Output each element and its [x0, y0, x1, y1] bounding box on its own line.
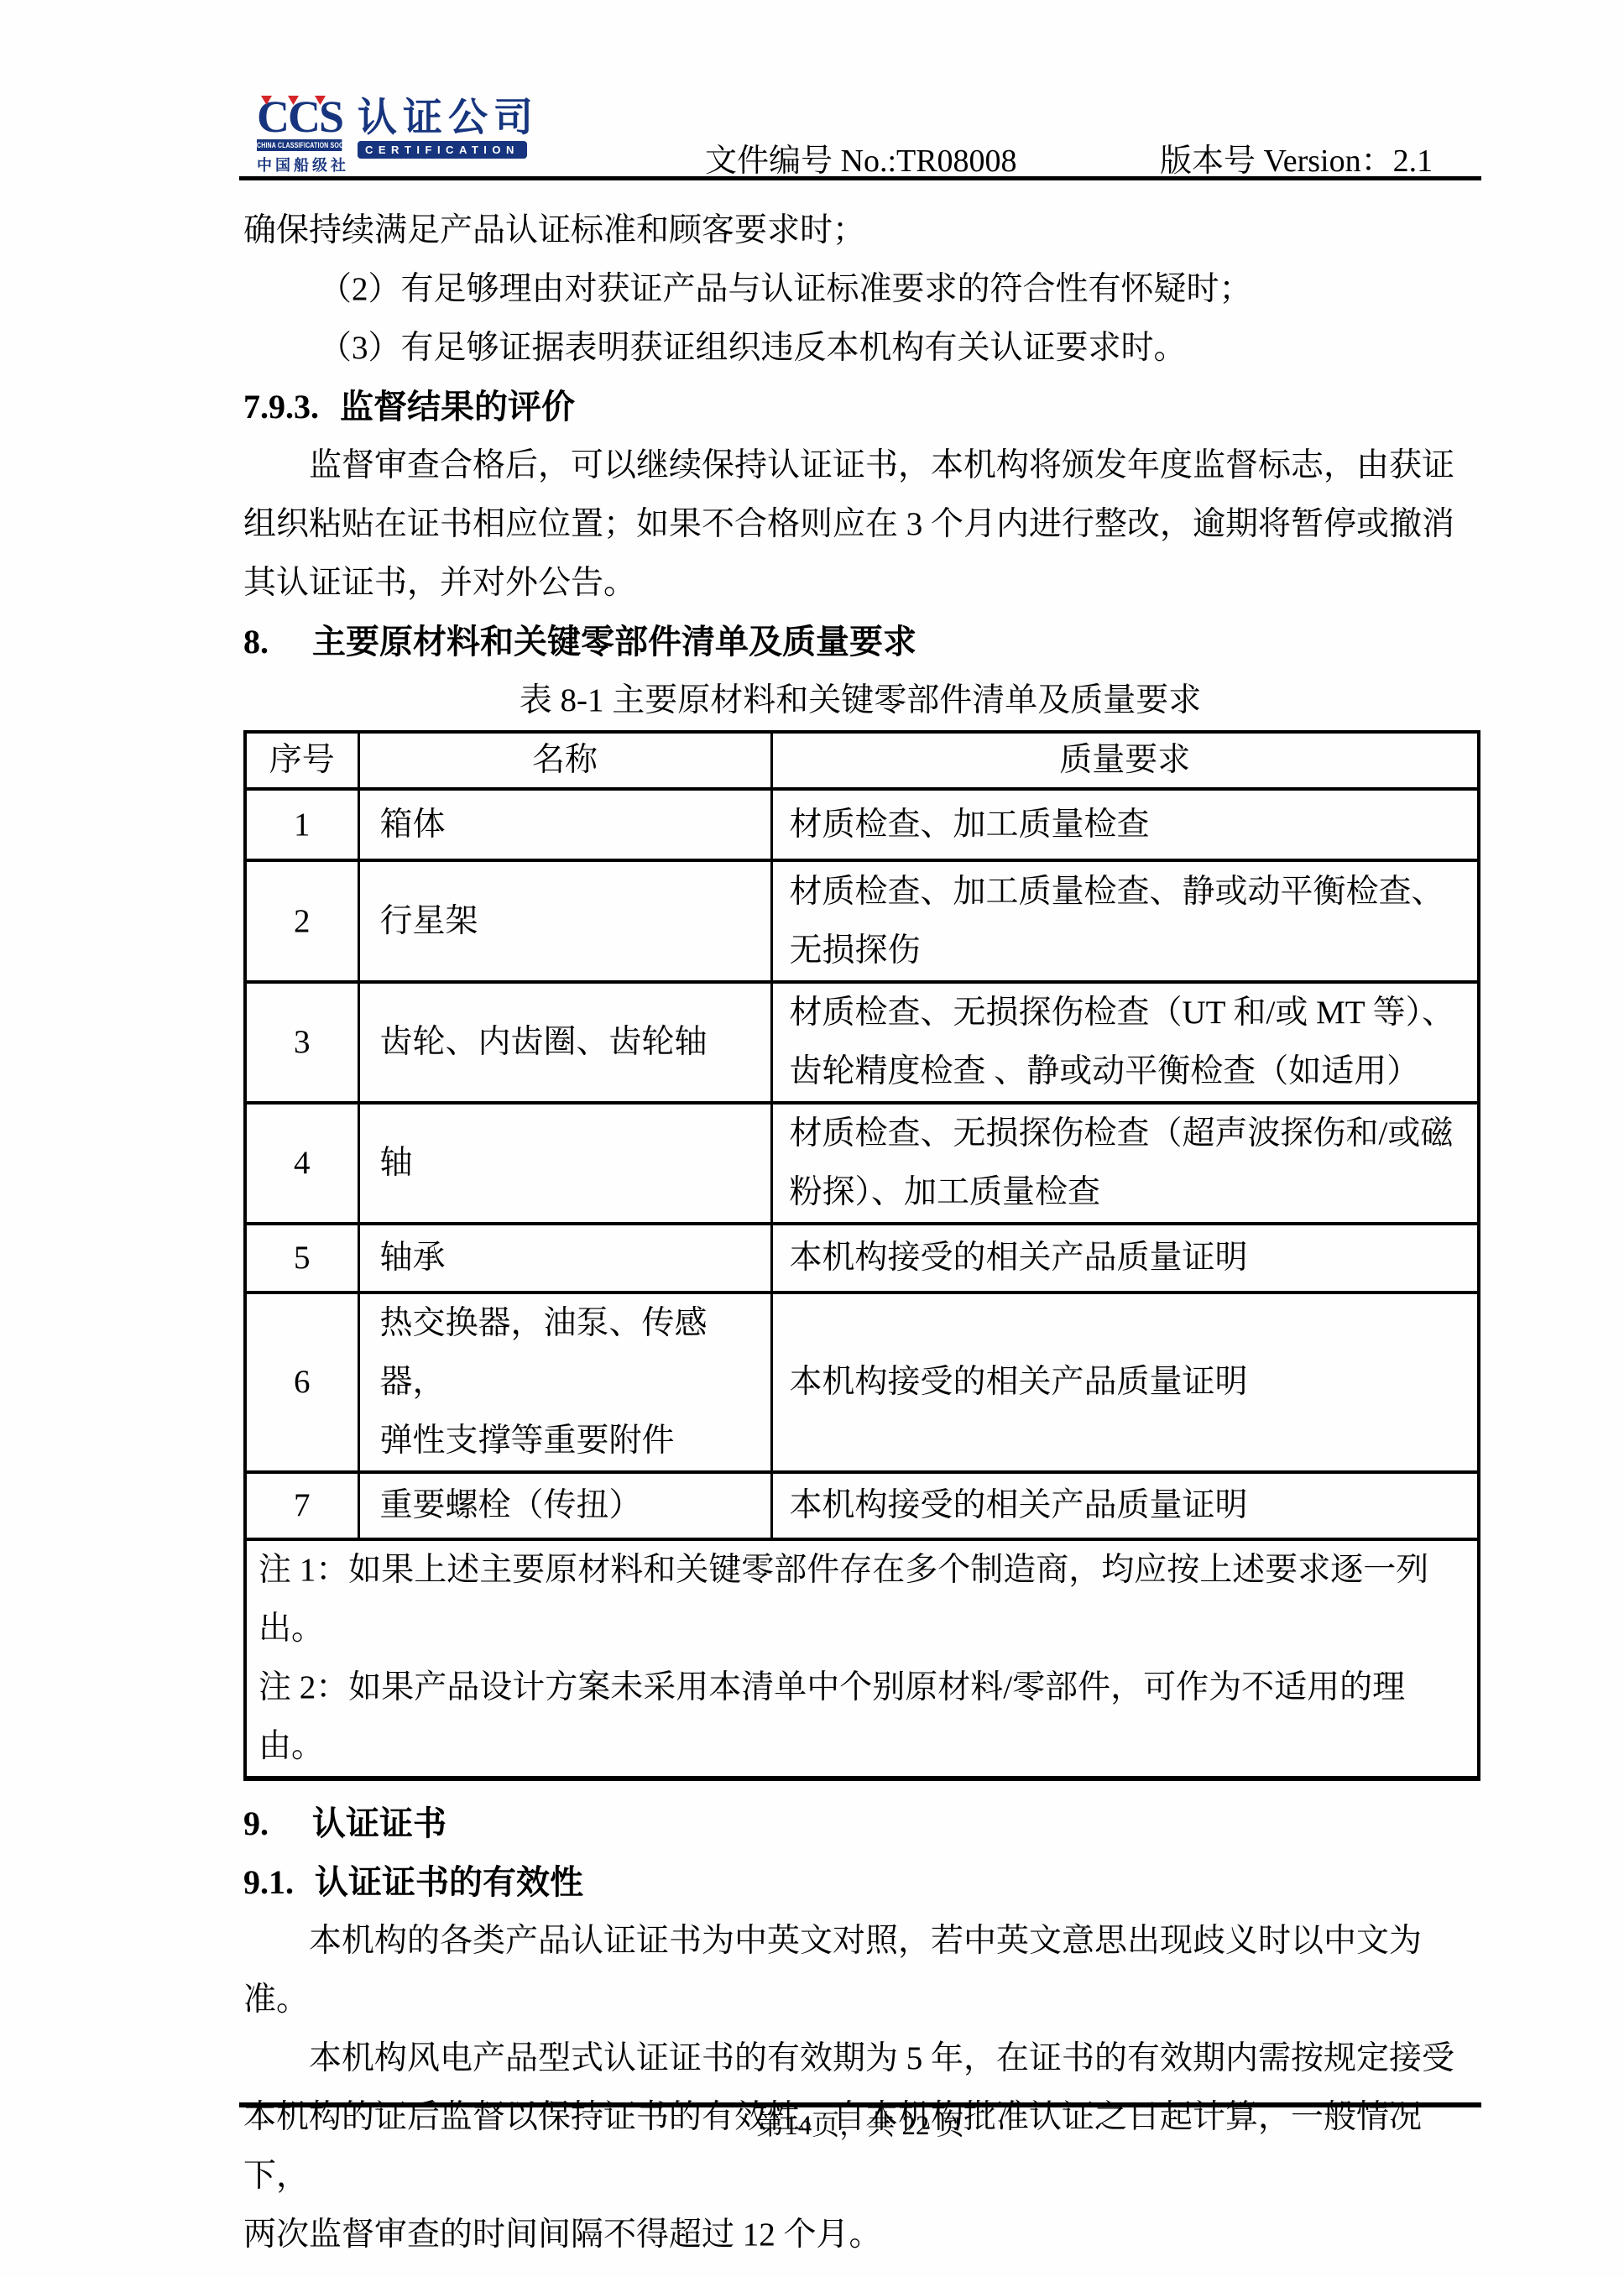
- logo-cert-cn: 认证公司: [358, 99, 539, 136]
- header-doc-number: 文件编号 No.:TR08008: [705, 134, 1017, 180]
- footer-rule: [239, 2102, 1481, 2107]
- section-number: 8.: [243, 623, 269, 661]
- table-row: 2 行星架 材质检查、加工质量检查、静或动平衡检查、 无损探伤: [245, 860, 1479, 982]
- cell-no: 1: [245, 789, 358, 860]
- cell-no: 6: [245, 1293, 358, 1472]
- cell-no: 4: [245, 1103, 358, 1224]
- cell-no: 5: [245, 1224, 358, 1293]
- table-row: 4 轴 材质检查、无损探伤检查（超声波探伤和/或磁 粉探）、加工质量检查: [245, 1103, 1479, 1224]
- cell-req: 材质检查、加工质量检查: [771, 789, 1479, 860]
- table-row: 7 重要螺栓（传扭） 本机构接受的相关产品质量证明: [245, 1472, 1479, 1539]
- section-number: 9.: [243, 1804, 269, 1842]
- cell-req: 本机构接受的相关产品质量证明: [771, 1472, 1479, 1539]
- cell-req: 本机构接受的相关产品质量证明: [771, 1293, 1479, 1472]
- document-page: CCS CHINA CLASSIFICATION SOCIETY 中国船级社 认…: [0, 0, 1624, 2277]
- section-title: 主要原材料和关键零部件清单及质量要求: [312, 623, 916, 661]
- logo-society-banner: CHINA CLASSIFICATION SOCIETY: [257, 139, 342, 151]
- cell-no: 2: [245, 860, 358, 982]
- table-caption: 表 8-1 主要原材料和关键零部件清单及质量要求: [243, 671, 1477, 730]
- col-header-name: 名称: [358, 732, 771, 789]
- cell-req: 材质检查、加工质量检查、静或动平衡检查、 无损探伤: [771, 860, 1479, 982]
- cell-no: 3: [245, 982, 358, 1103]
- cell-notes: 注 1：如果上述主要原材料和关键零部件存在多个制造商，均应按上述要求逐一列 出。…: [245, 1539, 1479, 1778]
- table-row: 1 箱体 材质检查、加工质量检查: [245, 789, 1479, 860]
- paragraph-9-1-a: 本机构的各类产品认证证书为中英文对照，若中英文意思出现歧义时以中文为 准。: [243, 1912, 1477, 2029]
- section-heading-9: 9.认证证书: [243, 1794, 1477, 1853]
- col-header-req: 质量要求: [771, 732, 1479, 789]
- cell-name: 行星架: [358, 860, 771, 982]
- section-heading-8: 8.主要原材料和关键零部件清单及质量要求: [243, 613, 1477, 671]
- cell-req: 材质检查、无损探伤检查（超声波探伤和/或磁 粉探）、加工质量检查: [771, 1103, 1479, 1224]
- logo-cert-banner: CERTIFICATION: [358, 141, 527, 159]
- section-heading-7-9-3: 7.9.3.监督结果的评价: [243, 378, 1477, 436]
- cell-req: 本机构接受的相关产品质量证明: [771, 1224, 1479, 1293]
- table-row: 3 齿轮、内齿圈、齿轮轴 材质检查、无损探伤检查（UT 和/或 MT 等）、 齿…: [245, 982, 1479, 1103]
- cell-name: 热交换器，油泵、传感器， 弹性支撑等重要附件: [358, 1293, 771, 1472]
- section-title: 监督结果的评价: [340, 388, 575, 426]
- table-row: 6 热交换器，油泵、传感器， 弹性支撑等重要附件 本机构接受的相关产品质量证明: [245, 1293, 1479, 1472]
- table-header-row: 序号 名称 质量要求: [245, 732, 1479, 789]
- table-notes-row: 注 1：如果上述主要原材料和关键零部件存在多个制造商，均应按上述要求逐一列 出。…: [245, 1539, 1479, 1778]
- logo-society-cn: 中国船级社: [257, 154, 342, 175]
- paragraph-9-1-b: 本机构风电产品型式认证证书的有效期为 5 年，在证书的有效期内需按规定接受 本机…: [243, 2029, 1477, 2264]
- col-header-no: 序号: [245, 732, 358, 789]
- table-row: 5 轴承 本机构接受的相关产品质量证明: [245, 1224, 1479, 1293]
- cell-req: 材质检查、无损探伤检查（UT 和/或 MT 等）、 齿轮精度检查 、静或动平衡检…: [771, 982, 1479, 1103]
- cell-name: 轴承: [358, 1224, 771, 1293]
- ccs-logo-right: 认证公司 CERTIFICATION: [358, 99, 539, 159]
- body-line-item-2: （2）有足够理由对获证产品与认证标准要求的符合性有怀疑时；: [243, 260, 1477, 319]
- cell-name: 箱体: [358, 789, 771, 860]
- section-number: 9.1.: [243, 1863, 294, 1901]
- section-number: 7.9.3.: [243, 388, 319, 426]
- cell-name: 重要螺栓（传扭）: [358, 1472, 771, 1539]
- body-line: 确保持续满足产品认证标准和顾客要求时；: [243, 201, 1477, 260]
- section-title: 认证证书的有效性: [315, 1863, 583, 1901]
- paragraph-7-9-3: 监督审查合格后，可以继续保持认证证书，本机构将颁发年度监督标志，由获证 组织粘贴…: [243, 436, 1477, 613]
- header-version: 版本号 Version：2.1: [1160, 134, 1433, 180]
- cell-name: 轴: [358, 1103, 771, 1224]
- section-title: 认证证书: [312, 1804, 446, 1842]
- materials-table: 序号 名称 质量要求 1 箱体 材质检查、加工质量检查 2 行星架 材质检查、加…: [243, 730, 1480, 1781]
- cell-no: 7: [245, 1472, 358, 1539]
- body-line-item-3: （3）有足够证据表明获证组织违反本机构有关认证要求时。: [243, 319, 1477, 378]
- section-heading-9-1: 9.1.认证证书的有效性: [243, 1853, 1477, 1912]
- header-rule: [239, 176, 1481, 180]
- ccs-logo-left: CCS CHINA CLASSIFICATION SOCIETY 中国船级社: [257, 99, 342, 175]
- document-body: 确保持续满足产品认证标准和顾客要求时； （2）有足够理由对获证产品与认证标准要求…: [243, 201, 1477, 2264]
- ccs-logotype: CCS: [257, 99, 342, 136]
- footer-page-number: 第14页，共 22 页: [243, 2109, 1477, 2143]
- cell-name: 齿轮、内齿圈、齿轮轴: [358, 982, 771, 1103]
- ccs-logo: CCS CHINA CLASSIFICATION SOCIETY 中国船级社 认…: [257, 99, 539, 175]
